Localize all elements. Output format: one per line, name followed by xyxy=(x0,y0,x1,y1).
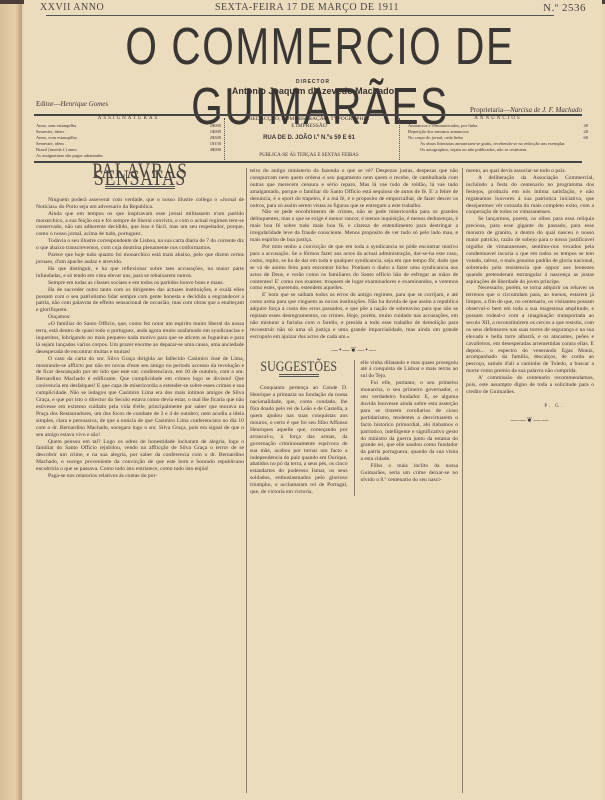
column-rule xyxy=(462,168,463,793)
paragraph: Sempre em todas as classes sociaes e em … xyxy=(36,280,244,287)
paragraph: Foi elle, portanto, o seu primeiro monar… xyxy=(361,380,459,463)
issue-number: N.º 2536 xyxy=(543,2,586,14)
office-line1: REDACÇÃO, ADMINISTRAÇÃO, TYPOGRAPHIA xyxy=(234,116,384,123)
dateline-rule xyxy=(46,15,554,16)
ads-box: ANNUNCIOS Annuncios e communicados, por … xyxy=(408,116,588,153)
info-separator xyxy=(399,118,400,160)
row-price: 60 xyxy=(584,135,589,141)
office-address: RUA DE D. JOÃO I.º N.ºs 59 E 61 xyxy=(234,135,384,142)
section-ornament: ——❦—— xyxy=(466,417,594,424)
paragraph: A deliberação da Associação Commercial, … xyxy=(466,175,594,216)
paragraph: mento, ao qual devia associar-se todo o … xyxy=(466,168,594,175)
row-price: 4$000 xyxy=(210,147,221,153)
column-rule xyxy=(246,168,247,793)
owner-label: Proprietaria— xyxy=(470,106,510,114)
office-line2: E IMPRESSÃO xyxy=(234,123,384,130)
subcolumn-rule xyxy=(354,360,355,496)
suggestoes-columns: SUGGESTÕES Conquanto pertença ao Conde D… xyxy=(250,360,458,496)
editor-credit: Editor—Henrique Gomes xyxy=(36,100,108,108)
paragraph: Conquanto pertença ao Conde D. Henrique … xyxy=(250,385,348,496)
volume-year: XXVII ANNO xyxy=(40,2,104,13)
paragraph: elle vinha dilatando e mas quaes prosegu… xyxy=(361,360,459,381)
column-2: teiro do antigo ministerio da fazenda o … xyxy=(250,168,458,496)
office-box: REDACÇÃO, ADMINISTRAÇÃO, TYPOGRAPHIA E I… xyxy=(234,116,384,159)
paragraph: «O familiar do Santo Officio, que, como … xyxy=(36,321,244,356)
paragraph: E' bom que se saibam todos os erros do a… xyxy=(250,292,458,340)
paragraph: Por mim tenho a convicção de que em toda… xyxy=(250,244,458,292)
ads-note2: Os autographos, sejam ou não publicados,… xyxy=(408,147,588,153)
paragraph: Filho o mais inclito da nossa Guimarães,… xyxy=(361,463,459,484)
column-3: mento, ao qual devia associar-se todo o … xyxy=(466,168,594,430)
book-binding-edge xyxy=(0,0,22,800)
paragraph: Não se pede encobrimento de crimes, não … xyxy=(250,209,458,244)
masthead-title: O COMMERCIO DE GUIMARÃES xyxy=(125,17,515,77)
headline-rule xyxy=(279,374,319,377)
editor-label: Editor— xyxy=(36,100,61,108)
suggestoes-left: SUGGESTÕES Conquanto pertença ao Conde D… xyxy=(250,360,348,496)
paragraph: Paga-se nos relatorios relativos ás cont… xyxy=(36,473,244,480)
issue-date: SEXTA-FEIRA 17 DE MARÇO DE 1911 xyxy=(215,2,399,13)
director-label: DIRECTOR xyxy=(24,79,602,85)
editor-name: Henrique Gomes xyxy=(61,100,109,108)
article-signature: P. G. xyxy=(466,404,594,411)
suggestoes-right: elle vinha dilatando e mas quaes prosegu… xyxy=(361,360,459,496)
owner-name: Narcisa de J. F. Machado xyxy=(510,106,582,114)
paragraph: teiro do antigo ministerio da fazenda o … xyxy=(250,168,458,209)
paragraph: Ha de succeder outro tanto com os dirige… xyxy=(36,287,244,315)
paragraph: Quem pensou em tal? Logo os odres de hon… xyxy=(36,439,244,474)
paragraph: Ha que distinguir, e ha que reflexionar … xyxy=(36,266,244,280)
paragraph: O caso da carta do snr. Silva Graça diri… xyxy=(36,356,244,439)
article-headline: SUGGESTÕES xyxy=(260,364,338,371)
paragraph: Ainda que em tempos os que inspiravam es… xyxy=(36,211,244,239)
info-separator xyxy=(224,118,225,160)
publication-schedule: PUBLICA-SE ÁS TERÇAS E SEXTAS FEIRAS xyxy=(234,152,384,159)
subscriptions-box: ASSIGNATURAS Anno, sem estampilha2$000 S… xyxy=(36,116,221,159)
owner-credit: Proprietaria—Narcisa de J. F. Machado xyxy=(470,106,582,114)
column-1: PALAVRAS SENSATAS Ninguem poderá assever… xyxy=(36,168,244,480)
paragraph: Ninguem poderá asseverar com verdade, qu… xyxy=(36,197,244,211)
section-ornament: —•—❦—•— xyxy=(250,347,458,354)
dateline: XXVII ANNO SEXTA-FEIRA 17 DE MARÇO DE 19… xyxy=(40,2,594,14)
director-name: Antonio Joaquim d'Azevedo Machado xyxy=(24,86,602,96)
paragraph: A' commissão do centenario recommendamos… xyxy=(466,375,594,396)
paragraph: Necessario, porém, se torna adquirir ou … xyxy=(466,285,594,375)
paragraph: Se lançarmos, porem, os olhos para essa … xyxy=(466,216,594,285)
ads-heading: ANNUNCIOS xyxy=(408,116,588,122)
newspaper-page: XXVII ANNO SEXTA-FEIRA 17 DE MARÇO DE 19… xyxy=(24,0,602,800)
paragraph: Parece que hoje tudo quanto foi monarchi… xyxy=(36,252,244,266)
paragraph: Todavia o seu illustre correspondente de… xyxy=(36,238,244,252)
subscriptions-heading: ASSIGNATURAS xyxy=(36,116,221,122)
article-headline: PALAVRAS SENSATAS xyxy=(57,168,223,182)
